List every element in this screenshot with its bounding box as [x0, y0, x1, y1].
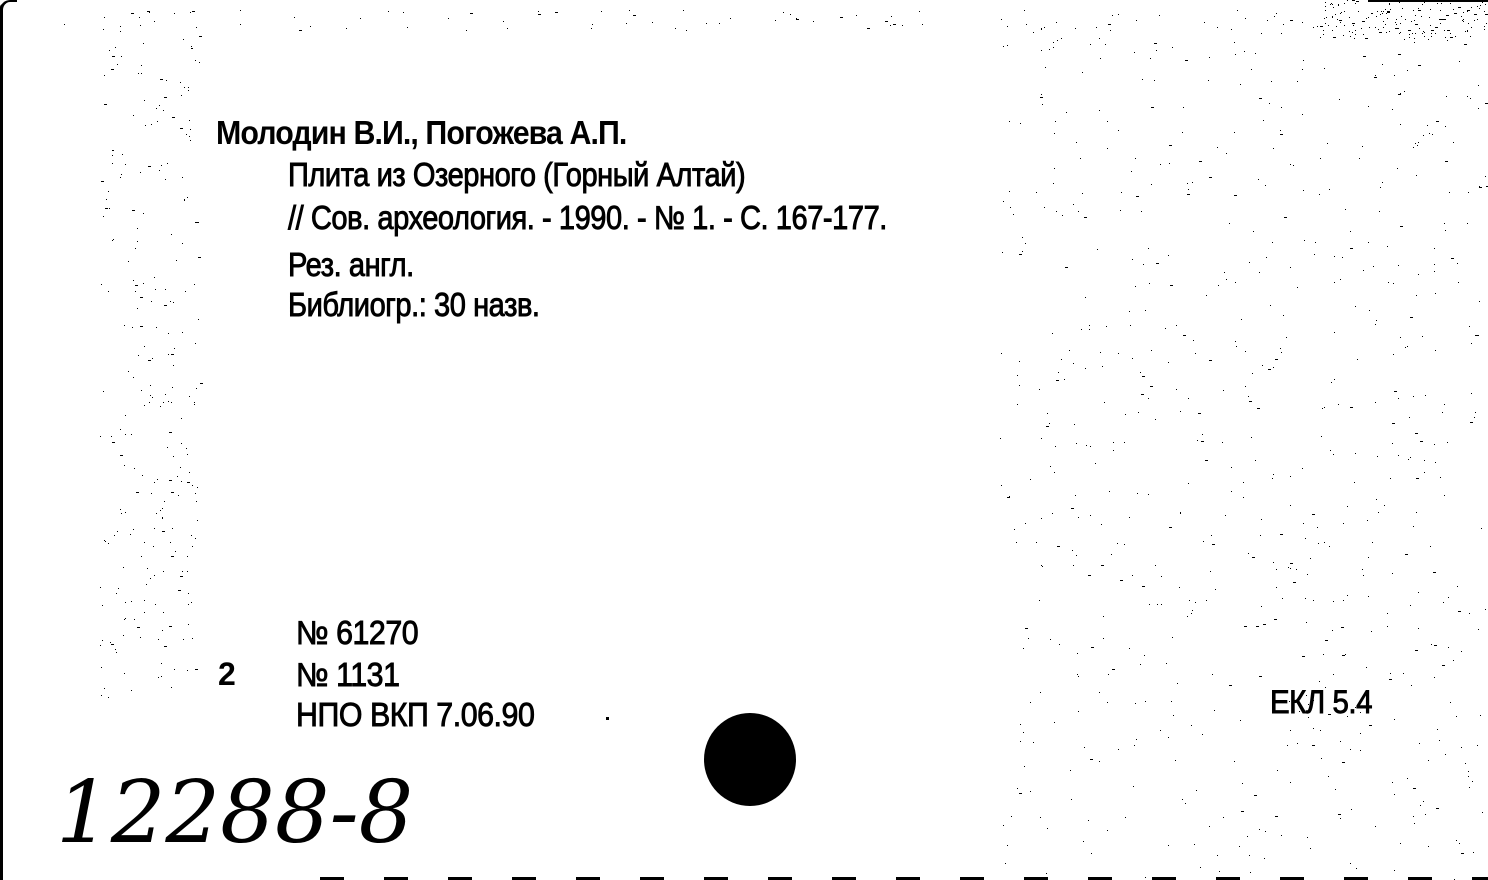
registration-number: № 61270 [296, 614, 418, 652]
copies-count: 2 [218, 656, 235, 693]
handwritten-number: 12288-8 [56, 770, 446, 860]
registration-date: НПО ВКП 7.06.90 [296, 696, 534, 734]
bibliography-note: Библиогр.: 30 назв. [288, 286, 540, 324]
catalog-card: Молодин В.И., Погожева А.П. Плита из Озе… [0, 0, 1488, 880]
card-top-edge [1368, 0, 1488, 2]
summary-note: Рез. англ. [288, 246, 414, 284]
hole-punch [704, 713, 796, 806]
handwritten-number-text: 12288-8 [56, 770, 413, 860]
registration-number: № 1131 [296, 656, 400, 694]
title-line: Плита из Озерного (Горный Алтай) [288, 156, 745, 194]
classification-code: ЕКЛ 5.4 [1270, 684, 1372, 721]
author-line: Молодин В.И., Погожева А.П. [216, 114, 626, 152]
card-left-edge [0, 4, 3, 880]
dot-mark [606, 717, 609, 720]
source-line: // Сов. археология. - 1990. - № 1. - С. … [288, 199, 887, 237]
